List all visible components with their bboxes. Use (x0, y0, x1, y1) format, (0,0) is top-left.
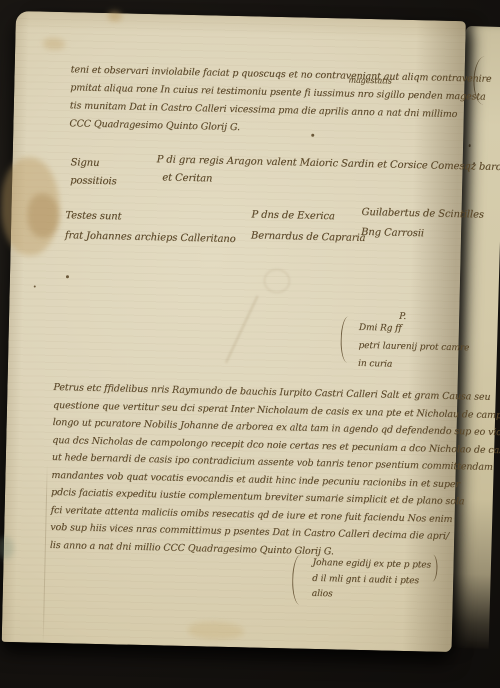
manuscript-line: Signu (70, 154, 117, 173)
margin-note: Dmi Rg ff petri laurenij prot camre in c… (358, 319, 470, 375)
manuscript-line: frat Johannes archieps Calleritano (65, 226, 236, 250)
signum-label: Signu possitiois (70, 154, 117, 191)
stain (43, 38, 65, 50)
ink-speck (34, 285, 36, 287)
interlinear-correction: magestatis (348, 76, 391, 86)
manuscript-line: P dns de Exerica (251, 204, 366, 228)
manuscript-line: Guilabertus de Scintilles (361, 203, 484, 226)
manuscript-line: Bernardus de Capraria (251, 225, 366, 249)
paragraph-2: Petrus etc ffidelibus nris Raymundo de b… (50, 379, 500, 564)
stain (27, 193, 60, 238)
witness-column-3: Guilabertus de Scintilles Bng Carrosii (361, 203, 484, 246)
ink-speck (469, 144, 471, 147)
manuscript-line: Bng Carrosii (361, 223, 484, 246)
manuscript-line: alios (312, 587, 431, 605)
royal-title-line: et Ceritan (162, 169, 212, 188)
manuscript-photo: teni et observari inviolabile faciat p q… (0, 0, 500, 688)
closing-note: Johane egidij ex pte p ptes d il mli gnt… (312, 556, 432, 605)
manuscript-page: teni et observari inviolabile faciat p q… (2, 11, 466, 652)
witness-column-2: P dns de Exerica Bernardus de Capraria (251, 204, 366, 249)
paragraph-1: teni et observari inviolabile faciat p q… (69, 61, 491, 143)
manuscript-line: in curia (358, 355, 469, 376)
ink-speck (66, 275, 69, 278)
witness-column-1: Testes sunt frat Johannes archieps Calle… (65, 206, 237, 250)
manuscript-line: possitiois (70, 172, 117, 191)
stain (108, 11, 122, 21)
